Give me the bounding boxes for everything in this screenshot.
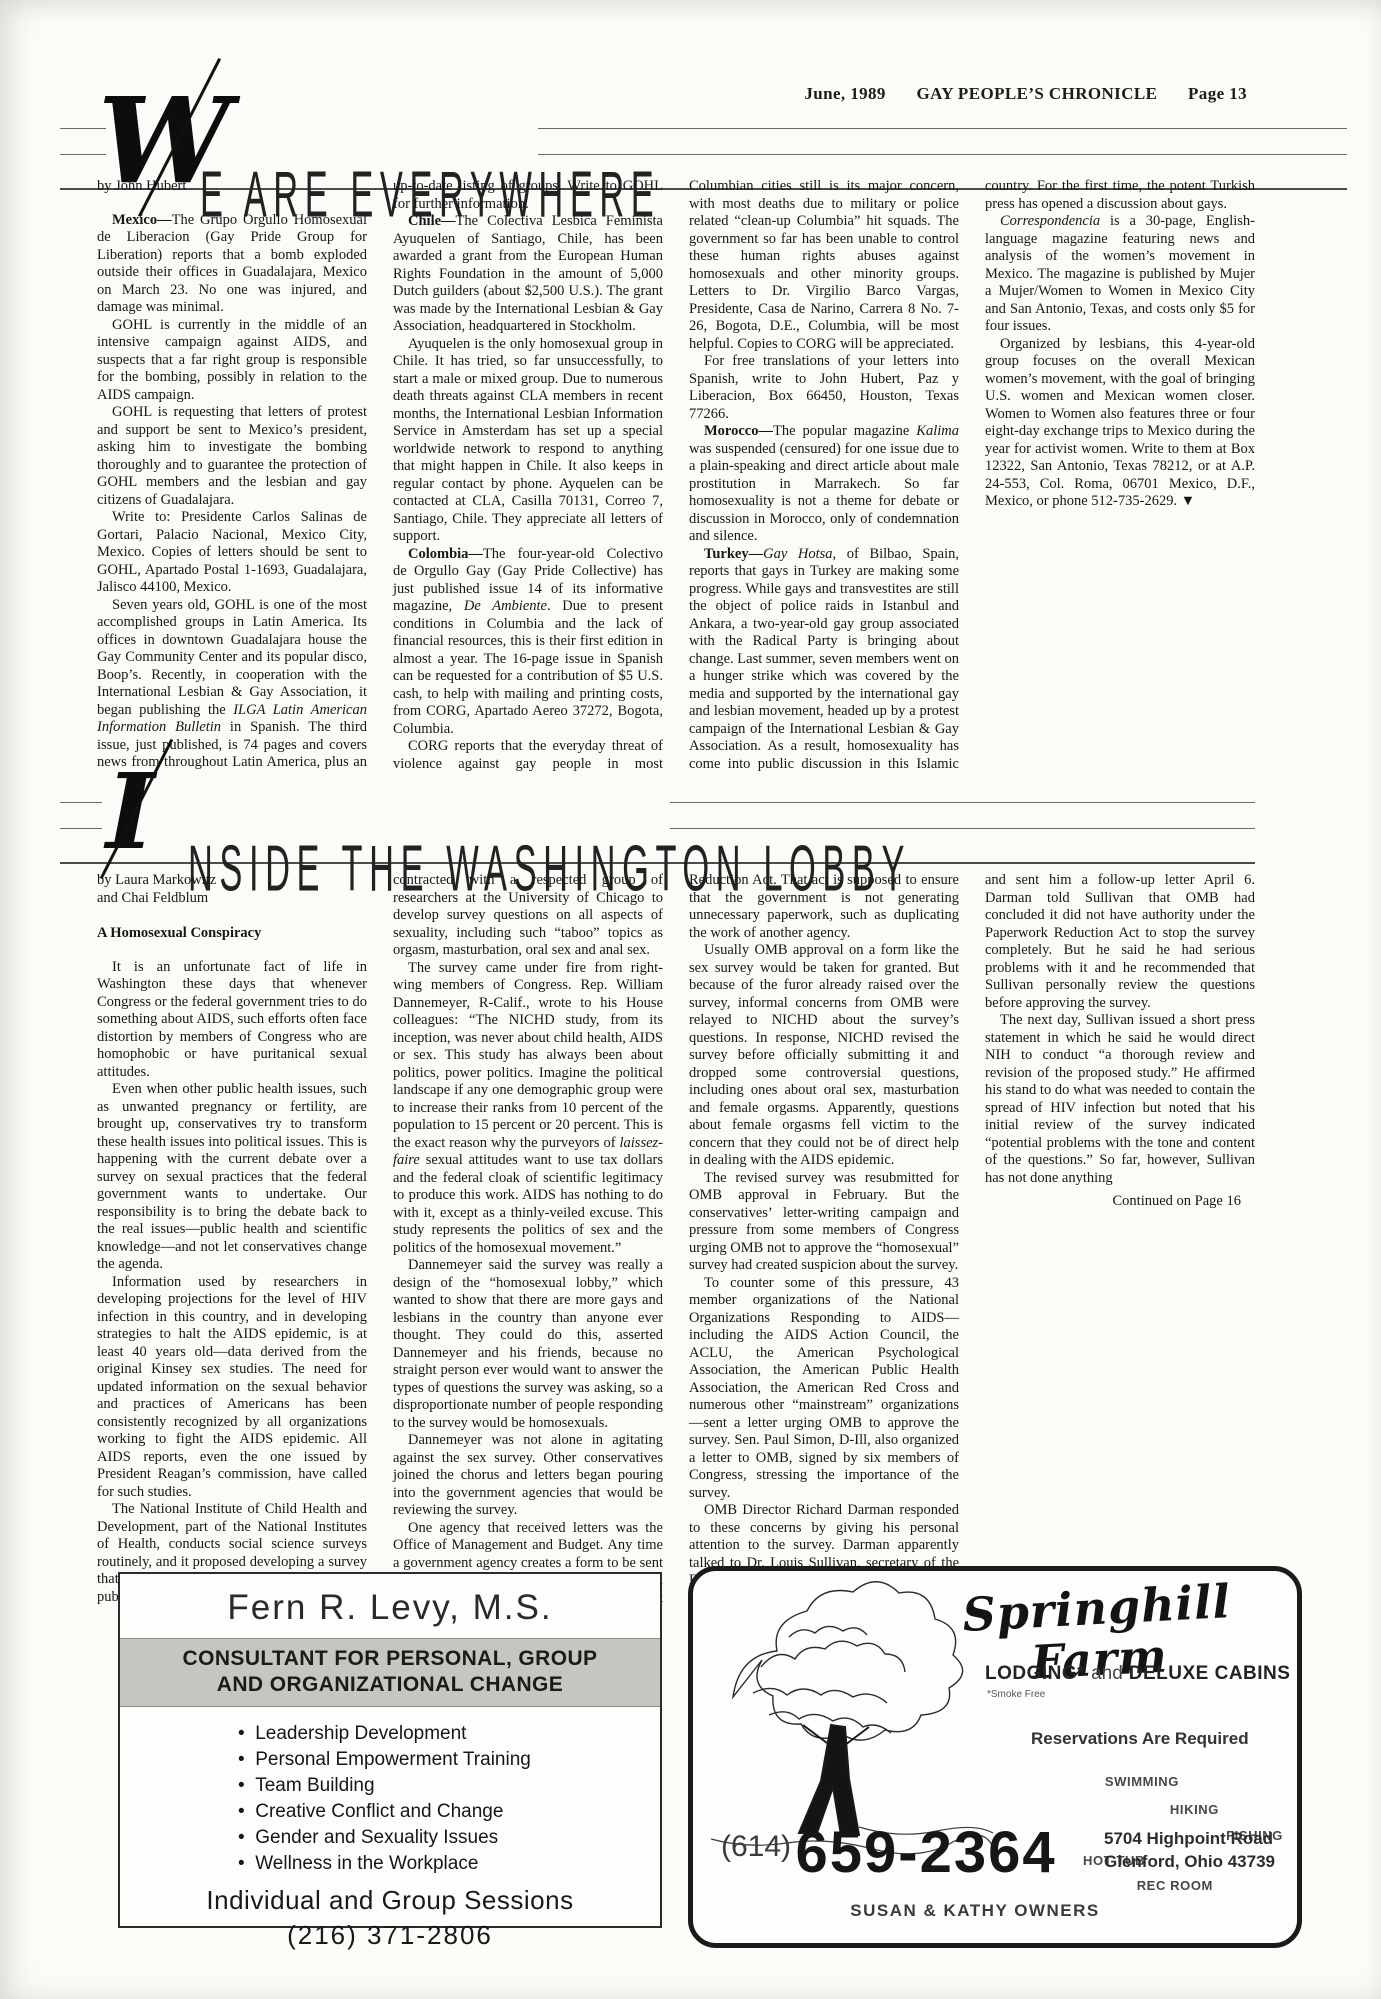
paragraph: GOHL is currently in the middle of an in… [97,317,367,405]
paragraph: The revised survey was resubmitted for O… [689,1170,959,1275]
list-item: Leadership Development [238,1721,660,1747]
paragraph: It is an unfortunate fact of life in Was… [97,959,367,1082]
paragraph: Even when other public health issues, su… [97,1081,367,1274]
paragraph: The survey came under fire from right-wi… [393,960,663,1258]
services-list: Leadership DevelopmentPersonal Empowerme… [238,1721,660,1877]
paragraph: Morocco—The popular magazine Kalima was … [689,423,959,546]
rule [538,128,1347,129]
banner-line: AND ORGANIZATIONAL CHANGE [120,1672,660,1698]
paragraph: GOHL is requesting that letters of prote… [97,404,367,509]
byline: by John Hubert [97,178,367,196]
paragraph: Organized by lesbians, this 4-year-old g… [985,336,1255,511]
paragraph: Information used by researchers in devel… [97,1274,367,1502]
rule [670,802,1255,803]
cabins-label: DELUXE CABINS [1129,1663,1291,1684]
paragraph: Dannemeyer was not alone in agitating ag… [393,1432,663,1520]
phone-number: 659-2364 [796,1820,1057,1885]
banner-line: CONSULTANT FOR PERSONAL, GROUP [120,1646,660,1672]
rule [60,802,102,803]
rule [538,154,1347,155]
masthead-inside-washington-lobby: I NSIDE THE WASHINGTON LOBBY [60,772,1255,884]
list-item: Team Building [238,1773,660,1799]
article-we-are-everywhere: by John Hubert Mexico—The Grupo Orgullo … [97,178,1255,778]
list-item: Gender and Sexuality Issues [238,1825,660,1851]
phone-number: (216) 371-2806 [120,1920,660,1951]
paragraph: Usually OMB approval on a form like the … [689,942,959,1170]
paragraph: Chile—The Colectiva Lesbica Feminista Ay… [393,213,663,336]
sessions-line: Individual and Group Sessions [120,1885,660,1916]
area-code: (614) [721,1830,791,1863]
article-body: Mexico—The Grupo Orgullo Homosexual de L… [97,178,1255,778]
continued-notice: Continued on Page 16 [985,1193,1241,1211]
newspaper-page: June, 1989 GAY PEOPLE’S CHRONICLE Page 1… [0,0,1381,1999]
paragraph: Colombia—The four-year-old Colectivo de … [393,546,663,739]
address-line: 5704 Highpoint Road [1104,1827,1275,1850]
phone-row: (614) 659-2364 [721,1819,1057,1886]
smoke-free-note: *Smoke Free [987,1689,1045,1700]
paragraph: For free translations of your letters in… [689,353,959,423]
advertiser-name: Fern R. Levy, M.S. [120,1588,660,1628]
paragraph: To counter some of this pressure, 43 mem… [689,1275,959,1503]
lodging-line: LODGING*andDELUXE CABINS [985,1663,1290,1685]
address-line: Glenford, Ohio 43739 [1104,1850,1275,1873]
ad-fern-levy: Fern R. Levy, M.S. CONSULTANT FOR PERSON… [118,1572,662,1928]
rule [670,828,1255,829]
ad-springhill-farm: Springhill Farm LODGING*andDELUXE CABINS… [688,1566,1302,1948]
paragraph: Ayuquelen is the only homosexual group i… [393,336,663,546]
article-inside-washington-lobby: by Laura Markowitz and Chai Feldblum A H… [97,872,1255,1614]
reservations-note: Reservations Are Required [1031,1729,1249,1749]
list-item: Wellness in the Workplace [238,1851,660,1877]
article-body: It is an unfortunate fact of life in Was… [97,872,1255,1614]
and-word: and [1091,1663,1123,1684]
activity-hiking: HIKING [1170,1802,1219,1817]
byline: and Chai Feldblum [97,890,367,908]
lodging-label: LODGING* [985,1663,1085,1684]
paragraph: Dannemeyer said the survey was really a … [393,1257,663,1432]
subhead: A Homosexual Conspiracy [97,925,367,943]
paragraph: Correspondencia is a 30-page, English-la… [985,213,1255,336]
masthead-initial: I [106,760,155,864]
ad-banner: CONSULTANT FOR PERSONAL, GROUP AND ORGAN… [120,1638,660,1707]
activity-rec-room: REC ROOM [1137,1878,1213,1893]
byline: by Laura Markowitz [97,872,367,890]
paragraph: The next day, Sullivan issued a short pr… [985,1012,1255,1187]
paragraph: Write to: Presidente Carlos Salinas de G… [97,509,367,597]
activity-swimming: SWIMMING [1105,1774,1179,1789]
list-item: Personal Empowerment Training [238,1747,660,1773]
owners-line: SUSAN & KATHY OWNERS [693,1901,1257,1921]
list-item: Creative Conflict and Change [238,1799,660,1825]
rule [60,828,102,829]
address: 5704 Highpoint Road Glenford, Ohio 43739 [1104,1827,1275,1873]
paragraph: Mexico—The Grupo Orgullo Homosexual de L… [97,212,367,317]
